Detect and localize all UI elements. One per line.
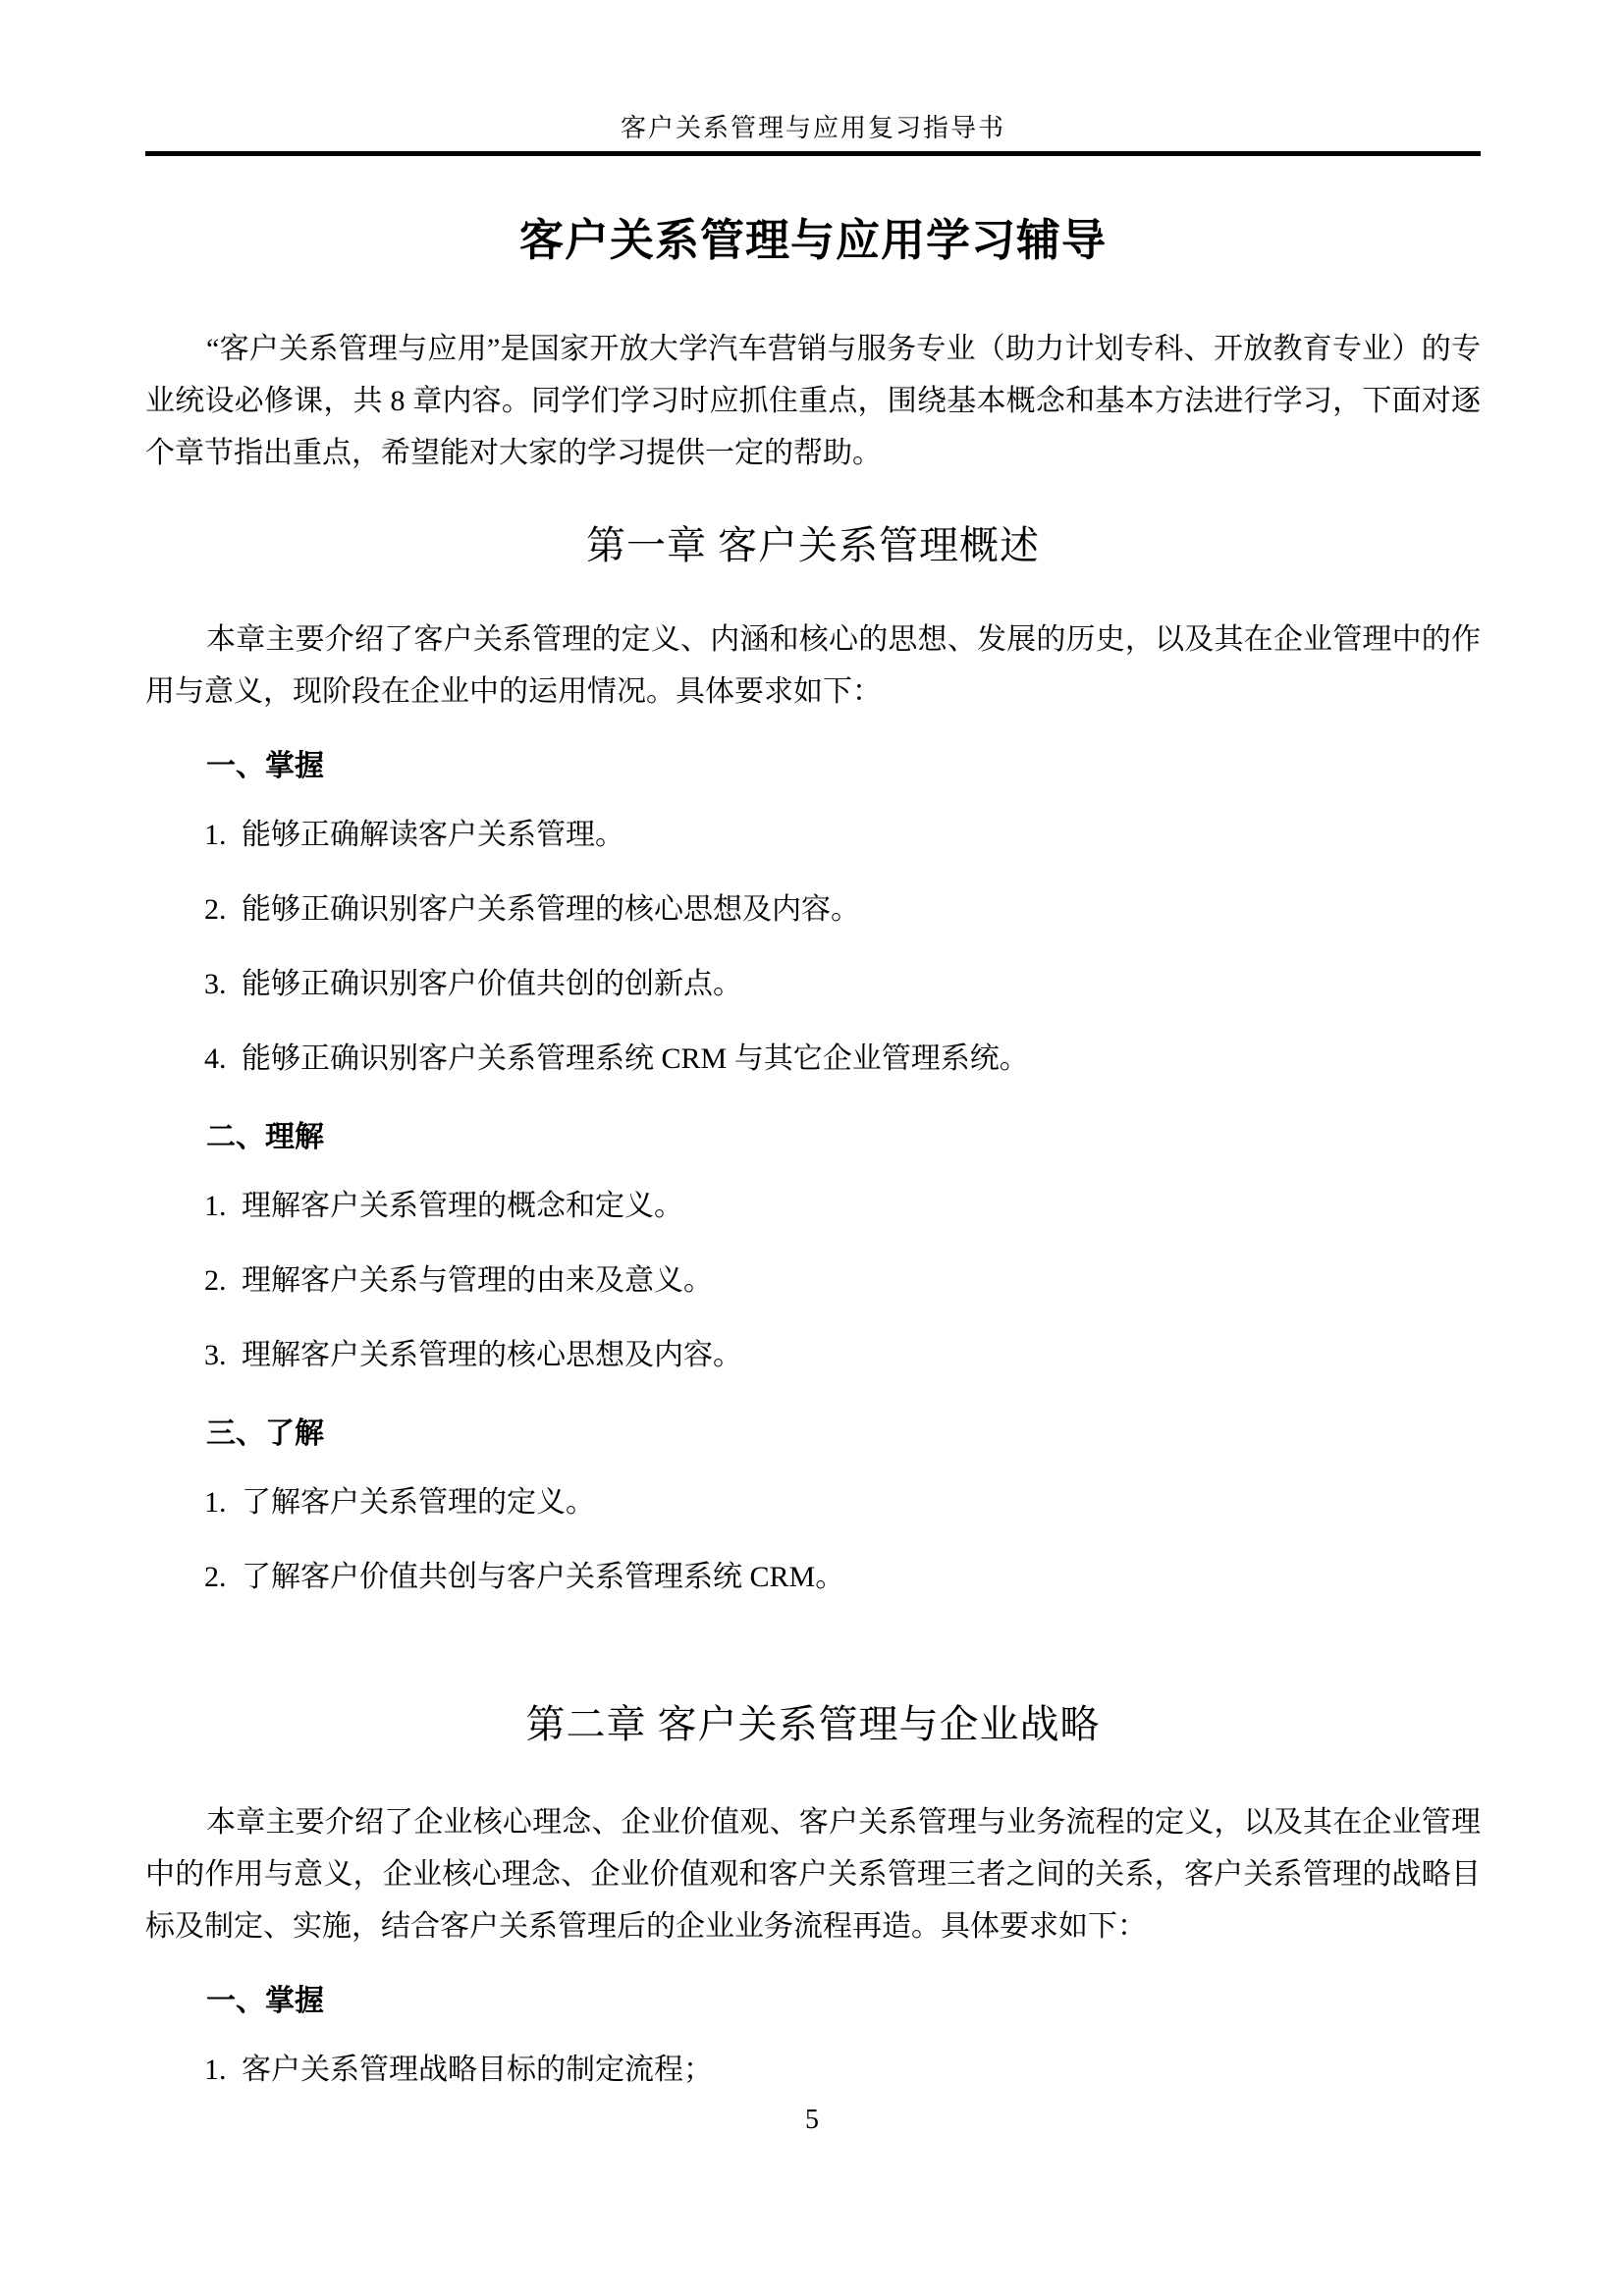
list-item-number: 2. [204,884,242,935]
list-item-number: 2. [204,1552,242,1603]
list-item: 2.能够正确识别客户关系管理的核心思想及内容。 [204,884,1481,935]
list-item: 1.了解客户关系管理的定义。 [204,1477,1481,1528]
list-item-text: 了解客户关系管理的定义。 [242,1486,595,1519]
chapter1-section3-heading: 三、了解 [206,1415,1481,1454]
page-number: 5 [0,2104,1624,2137]
list-item-number: 3. [204,1330,242,1381]
chapter1-section2-heading: 二、理解 [206,1118,1481,1157]
list-item-text: 能够正确识别客户关系管理的核心思想及内容。 [242,893,860,926]
chapter1-title: 第一章 客户关系管理概述 [145,522,1481,568]
document-title: 客户关系管理与应用学习辅导 [145,215,1481,266]
list-item: 2.了解客户价值共创与客户关系管理系统 CRM。 [204,1552,1481,1603]
chapter2-title: 第二章 客户关系管理与企业战略 [145,1701,1481,1747]
chapter1-section1-heading: 一、掌握 [206,747,1481,786]
list-item: 3.能够正确识别客户价值共创的创新点。 [204,959,1481,1010]
document-intro-paragraph: “客户关系管理与应用”是国家开放大学汽车营销与服务专业（助力计划专科、开放教育专… [145,323,1481,479]
list-item: 4.能够正确识别客户关系管理系统 CRM 与其它企业管理系统。 [204,1034,1481,1085]
list-item-number: 1. [204,2045,242,2096]
list-item: 1.理解客户关系管理的概念和定义。 [204,1181,1481,1232]
list-item-text: 理解客户关系管理的概念和定义。 [242,1190,683,1222]
list-item-text: 客户关系管理战略目标的制定流程； [242,2054,713,2086]
chapter2-section1-heading: 一、掌握 [206,1982,1481,2021]
document-page: 客户关系管理与应用复习指导书 客户关系管理与应用学习辅导 “客户关系管理与应用”… [0,0,1624,2296]
header-divider-rule [145,151,1481,156]
list-item-text: 理解客户关系与管理的由来及意义。 [242,1264,713,1297]
list-item-number: 2. [204,1255,242,1307]
list-item-text: 能够正确识别客户价值共创的创新点。 [242,968,742,1000]
list-item-text: 理解客户关系管理的核心思想及内容。 [242,1339,742,1371]
list-item: 2.理解客户关系与管理的由来及意义。 [204,1255,1481,1307]
list-item-text: 了解客户价值共创与客户关系管理系统 CRM。 [242,1561,844,1593]
list-item-number: 1. [204,1181,242,1232]
chapter1-intro-paragraph: 本章主要介绍了客户关系管理的定义、内涵和核心的思想、发展的历史，以及其在企业管理… [145,614,1481,718]
list-item: 1.客户关系管理战略目标的制定流程； [204,2045,1481,2096]
chapter2-intro-paragraph: 本章主要介绍了企业核心理念、企业价值观、客户关系管理与业务流程的定义，以及其在企… [145,1796,1481,1952]
list-item: 1.能够正确解读客户关系管理。 [204,810,1481,861]
list-item-number: 3. [204,959,242,1010]
list-item-number: 1. [204,810,242,861]
list-item: 3.理解客户关系管理的核心思想及内容。 [204,1330,1481,1381]
running-header-title: 客户关系管理与应用复习指导书 [145,114,1481,143]
list-item-text: 能够正确识别客户关系管理系统 CRM 与其它企业管理系统。 [242,1042,1029,1075]
list-item-number: 4. [204,1034,242,1085]
list-item-text: 能够正确解读客户关系管理。 [242,819,624,851]
list-item-number: 1. [204,1477,242,1528]
